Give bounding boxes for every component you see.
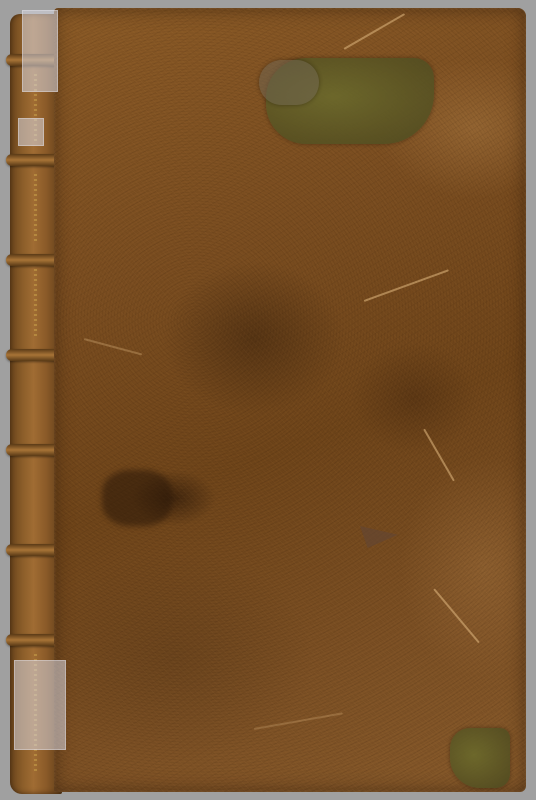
front-cover [54,8,526,792]
green-corner-patch [450,728,510,788]
repair-tape-top-small [18,118,44,146]
spine-gilt [34,174,37,244]
dark-stain [102,470,172,526]
spine-gilt [34,269,37,339]
book [10,8,526,792]
green-label-overlay [259,60,319,105]
repair-tape-top [22,10,58,92]
repair-tape-bottom [14,660,66,750]
